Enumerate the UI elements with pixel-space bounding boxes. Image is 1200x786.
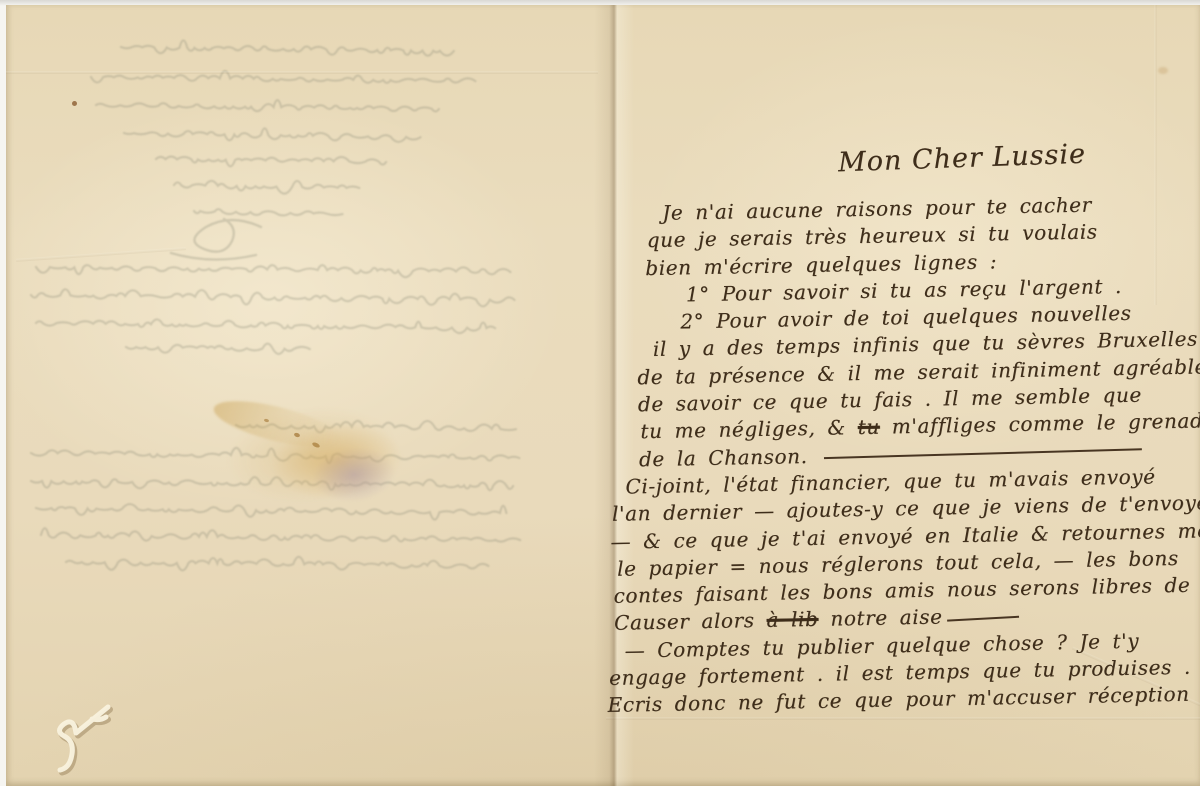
embossed-stamp — [34, 693, 130, 786]
line-text: bien m'écrire quelques lignes : — [645, 249, 997, 280]
ink-underline — [948, 616, 1020, 622]
foxing-speck — [1158, 67, 1168, 74]
struck-word: à lib — [766, 607, 818, 632]
letter-paper: Mon Cher Lussie Je n'ai aucune raisons p… — [6, 5, 1200, 786]
letter-body: Je n'ai aucune raisons pour te cacherque… — [598, 189, 1200, 719]
foxing-speck — [72, 101, 77, 106]
struck-word: tu — [857, 415, 880, 439]
salutation: Mon Cher Lussie — [838, 139, 1087, 179]
line-text: tu me négliges, & — [640, 415, 858, 443]
line-text: de la Chanson. — [639, 444, 808, 471]
ink-rule — [824, 448, 1142, 459]
line-text: Causer alors — [614, 608, 767, 635]
line-text: notre aise — [818, 605, 943, 631]
crease-line — [6, 71, 598, 74]
line-text: m'affliges comme le grenadier — [880, 408, 1200, 439]
